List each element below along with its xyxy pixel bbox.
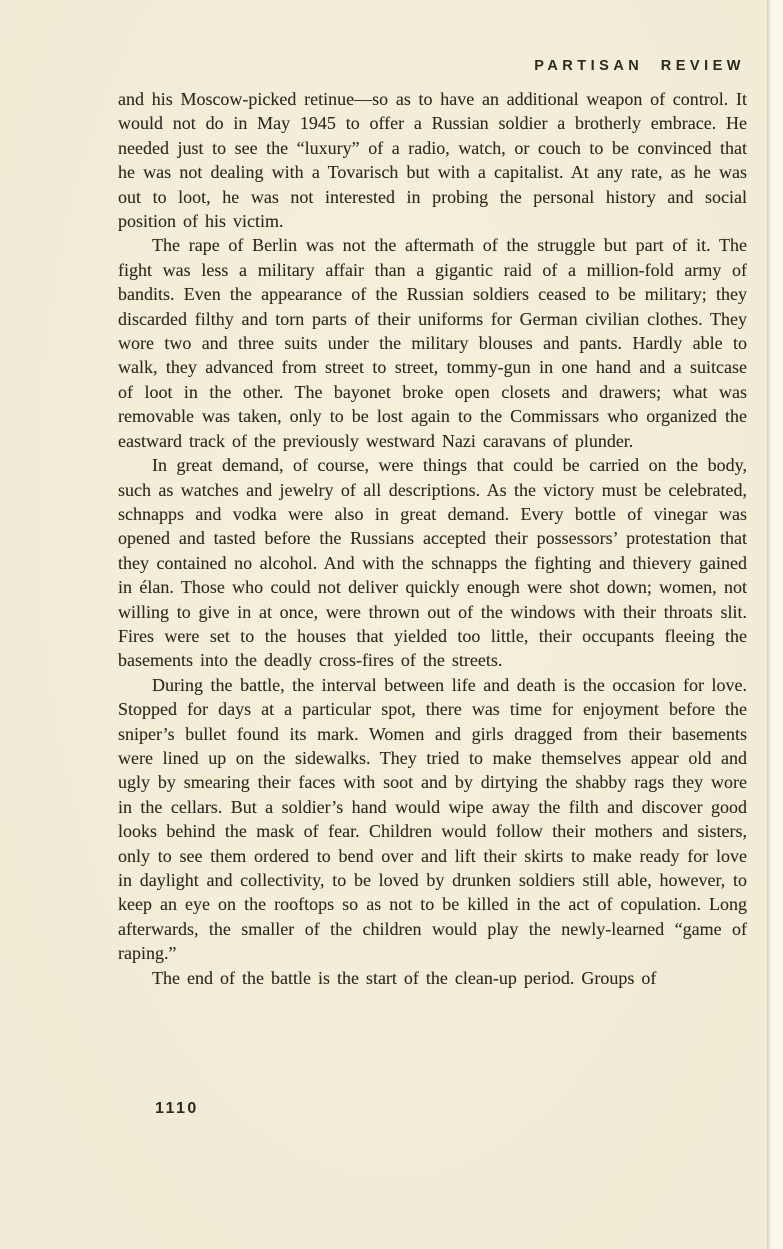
page-edge-strip xyxy=(767,0,783,1249)
paragraph: In great demand, of course, were things … xyxy=(118,453,747,673)
paragraph: The rape of Berlin was not the aftermath… xyxy=(118,233,747,453)
paragraph: During the battle, the interval between … xyxy=(118,673,747,966)
page-body-text: and his Moscow-picked retinue—so as to h… xyxy=(118,87,747,990)
paragraph: and his Moscow-picked retinue—so as to h… xyxy=(118,87,747,233)
scanned-book-page: PARTISAN REVIEW and his Moscow-picked re… xyxy=(0,0,783,1249)
journal-running-head: PARTISAN REVIEW xyxy=(534,58,745,74)
page-number: 1110 xyxy=(155,1100,199,1118)
paragraph: The end of the battle is the start of th… xyxy=(118,966,747,990)
